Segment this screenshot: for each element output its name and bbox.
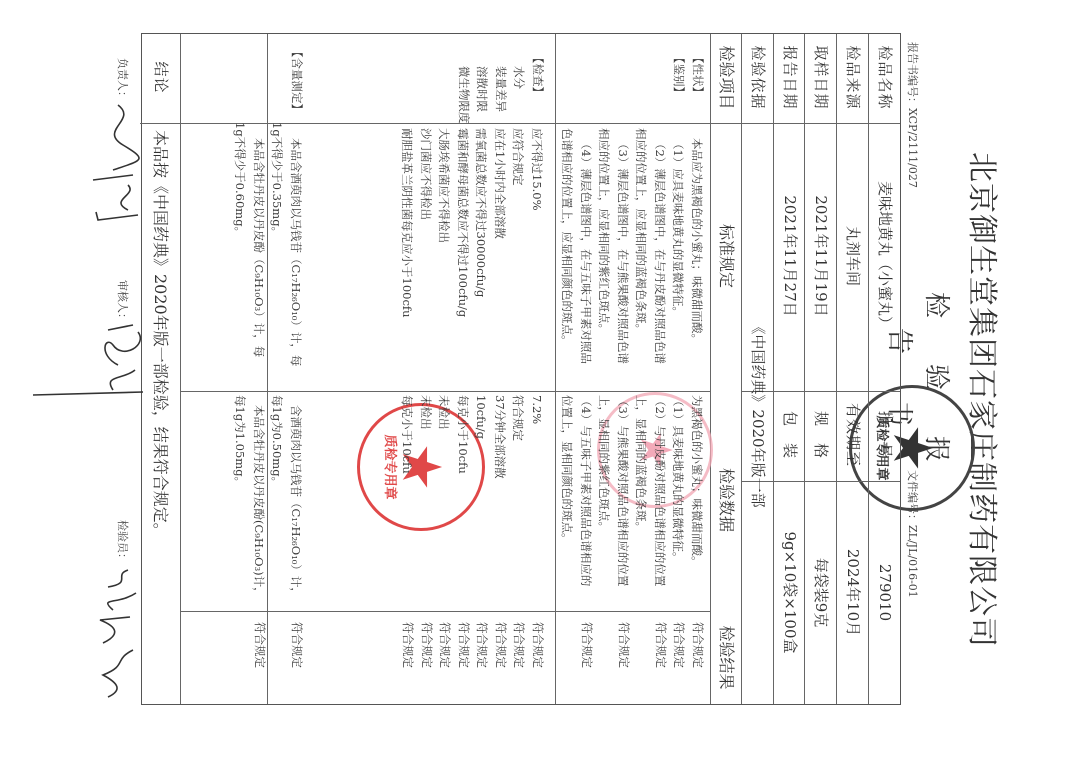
data-text: 每克小于10cfu (398, 395, 417, 474)
standard-text: 应在1小时内全部溶散 (491, 128, 510, 239)
assay-header: 【含量测定】 (289, 46, 305, 115)
report-number: 报告书编号：XCP/2111/027 (905, 42, 921, 188)
standard-text: 应符合规定 (509, 128, 528, 186)
standard-text: 需氧菌总数应不得过30000cfu/g (472, 128, 491, 297)
standard-text: 本品含牡丹皮以丹皮酚（C₉H₁₀O₃）计，每 (250, 138, 269, 357)
report-date-label: 报告日期 (775, 33, 806, 122)
data-text: 37分钟全部溶散 (491, 395, 510, 479)
result-text: 符合规定 (401, 622, 417, 668)
standard-text: 霉菌和酵母菌总数应不得过100cfu/g (454, 128, 473, 317)
col-header-standard: 标准规定 (712, 122, 743, 390)
standard-text: 1g不得少于0.35mg。 (268, 122, 287, 238)
data-text: （1）具麦味地黄丸的显微特征。 (669, 395, 688, 563)
standard-text: 大肠埃希菌应不得检出 (435, 128, 454, 243)
inspection-report-page: 北京御生堂集团石家庄制药有限公司 检验报告书 报告书编号：XCP/2111/02… (0, 0, 1073, 758)
package-value: 9g×10袋×100盒 (775, 480, 806, 705)
result-text: 符合规定 (493, 622, 509, 668)
test-item-label: 溶散时限 (475, 66, 491, 112)
data-text: 7.2% (528, 395, 547, 424)
responsible-person-label: 负责人： (115, 58, 131, 102)
data-text: 为黑褐色的小蜜丸；味微甜而酸。 (688, 395, 707, 568)
company-name: 北京御生堂集团石家庄制药有限公司 (963, 150, 1007, 650)
result-text: 符合规定 (653, 622, 669, 668)
product-name-label: 检品名称 (870, 33, 901, 122)
data-text: 含酒萸肉以马钱苷（C₁₇H₂₆O₁₀）计， (287, 405, 306, 599)
file-number-value: ZL/JL/016-01 (906, 525, 919, 598)
standard-text: （2）薄层色谱图中，在与丹皮酚对照品色谱 (651, 138, 670, 364)
standard-text: （1）应具麦味地黄丸的显微特征。 (669, 138, 688, 318)
product-name-value: 麦味地黄丸（小蜜丸） (870, 122, 901, 390)
reviewer-signature (23, 320, 153, 430)
test-item-label: 水分 (512, 66, 528, 89)
data-text: （4）与五味子甲素对照品色谱相应的 (577, 395, 596, 586)
test-item-label: 装量差异 (493, 66, 509, 112)
standard-text: 相应的位置上，应显相同的紫红色斑点。 (595, 128, 614, 335)
result-text: 符合规定 (475, 622, 491, 668)
data-text: 上，显相同的蓝褐色条斑。 (632, 395, 651, 533)
result-text: 符合规定 (438, 622, 454, 668)
test-item-label: 【性状】 (690, 52, 706, 98)
report-date-value: 2021年11月27日 (775, 122, 806, 390)
col-header-item: 检验项目 (712, 33, 743, 122)
test-item-label: 【鉴别】 (672, 52, 688, 98)
standard-text: 色谱相应的位置上，应显相同颜色的斑点。 (558, 128, 577, 347)
standard-text: 1g不得少于0.60mg。 (231, 122, 250, 238)
spec-label: 规 格 (806, 390, 838, 480)
result-text: 符合规定 (579, 622, 595, 668)
responsible-signature (88, 100, 148, 240)
result-text: 符合规定 (289, 622, 305, 668)
batch-label: 批 号 (870, 390, 901, 480)
data-text: 每1g为1.05mg。 (231, 395, 250, 488)
data-text: 10cfu/g (472, 395, 491, 439)
expiry-label: 有效期至 (838, 390, 870, 480)
source-value: 丸剂车间 (838, 122, 870, 390)
basis-label: 检验依据 (743, 33, 775, 122)
standard-text: （3）薄层色谱图中，在与熊果酸对照品色谱 (614, 138, 633, 364)
spec-value: 每袋装9克 (806, 480, 838, 705)
sample-date-label: 取样日期 (806, 33, 838, 122)
data-text: 每1g为0.50mg。 (268, 395, 287, 488)
batch-value: 279010 (870, 480, 901, 705)
standard-text: 相应的位置上，应显相同的蓝褐色条斑。 (632, 128, 651, 335)
result-text: 符合规定 (456, 622, 472, 668)
result-text: 符合规定 (252, 622, 268, 668)
sample-date-value: 2021年11月19日 (806, 122, 838, 390)
standard-text: 应不得过15.0% (528, 128, 547, 211)
report-number-value: XCP/2111/027 (906, 108, 919, 188)
data-text: （3）与熊果酸对照品色谱相应的位置 (614, 395, 633, 586)
result-text: 符合规定 (690, 622, 706, 668)
data-text: 上，显相同的紫红色斑点。 (595, 395, 614, 533)
inspector-label: 检验员： (115, 520, 131, 564)
standard-text: （4）薄层色谱图中，在与五味子甲素对照品 (577, 138, 596, 364)
standard-text: 沙门菌应不得检出 (417, 128, 436, 220)
test-item-label: 微生物限度 (456, 66, 472, 124)
standard-text: 本品应为黑褐色的小蜜丸；味微甜而酸。 (688, 138, 707, 345)
result-text: 符合规定 (419, 622, 435, 668)
data-text: 位置上，显相同颜色的斑点。 (558, 395, 577, 545)
data-text: 本品含牡丹皮以丹皮酚(C₉H₁₀O₃)计， (250, 405, 269, 599)
result-text: 符合规定 (616, 622, 632, 668)
col-header-data: 检验数据 (712, 390, 743, 610)
basis-value: 《中国药典》2020年版一部 (743, 122, 775, 705)
report-number-label: 报告书编号： (906, 42, 919, 108)
reviewer-label: 审核人： (115, 280, 131, 324)
inspector-signature (88, 565, 148, 705)
data-text: 未检出 (417, 395, 436, 430)
result-text: 符合规定 (672, 622, 688, 668)
expiry-value: 2024年10月 (838, 480, 870, 705)
standard-text: 耐胆盐革兰阴性菌每克应小于100cfu (398, 128, 417, 318)
result-text: 符合规定 (530, 622, 546, 668)
data-text: 每克小于10cfu (454, 395, 473, 474)
standard-text: 本品含酒萸肉以马钱苷（C₁₇H₂₆O₁₀）计，每 (287, 138, 306, 366)
data-text: （2）与丹皮酚对照品色谱相应的位置 (651, 395, 670, 586)
checks-header: 【检查】 (530, 52, 546, 98)
data-text: 符合规定 (509, 395, 528, 441)
data-text: 未检出 (435, 395, 454, 430)
source-label: 检品来源 (838, 33, 870, 122)
package-label: 包 装 (775, 390, 806, 480)
result-text: 符合规定 (512, 622, 528, 668)
col-header-result: 检验结果 (712, 610, 743, 705)
